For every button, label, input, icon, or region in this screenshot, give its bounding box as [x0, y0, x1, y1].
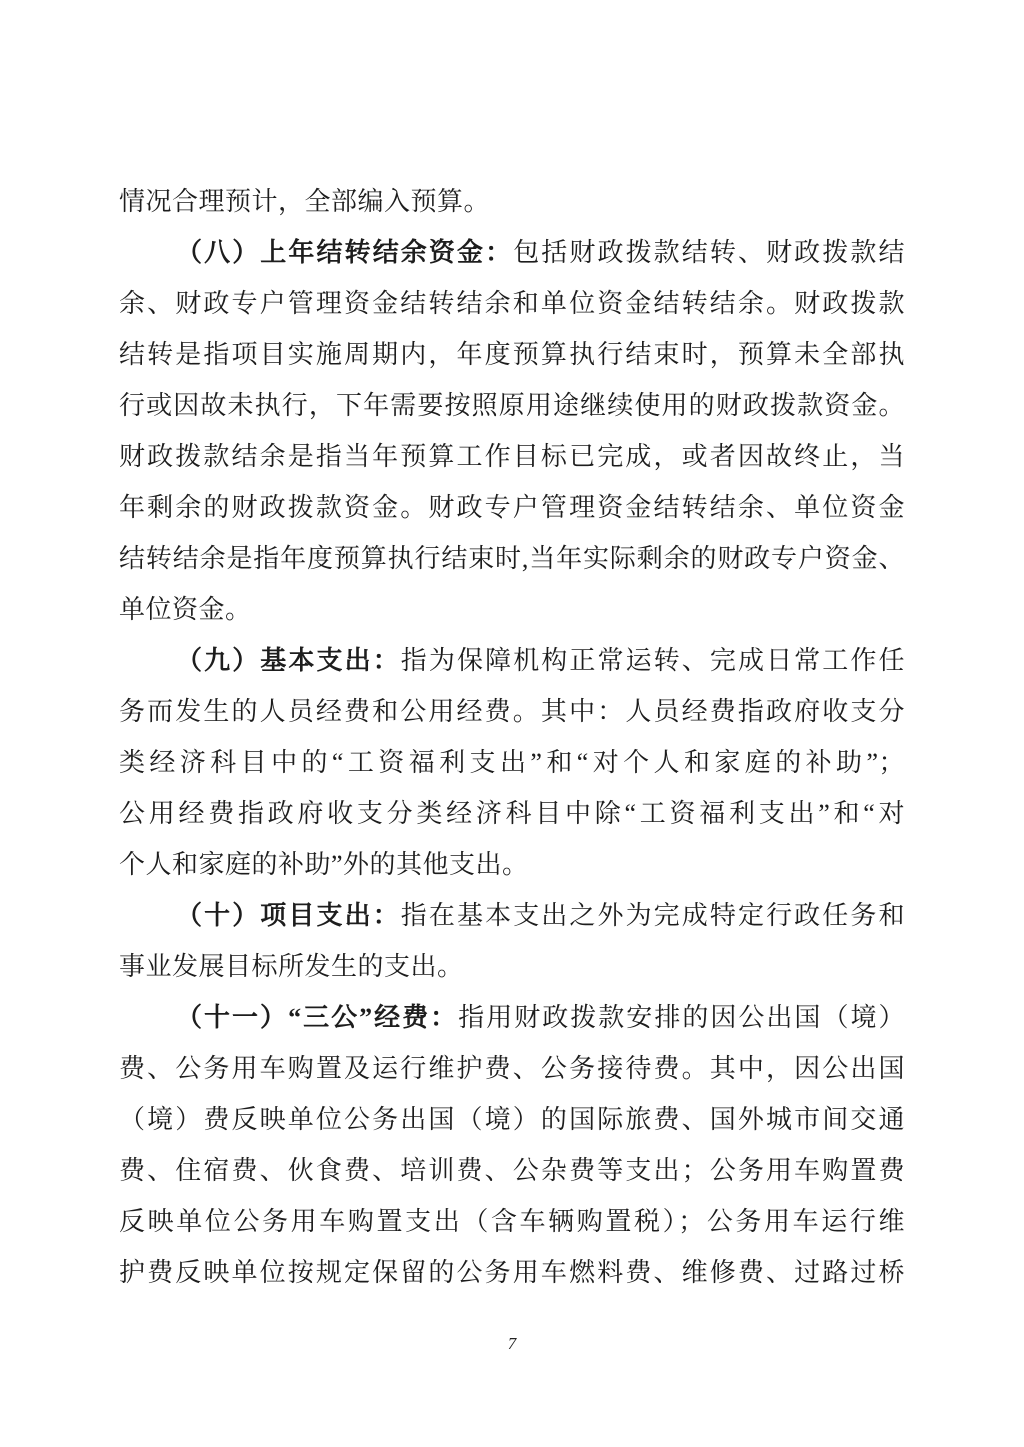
- text-line: 事业发展目标所发生的支出。: [119, 941, 905, 992]
- page-number: 7: [0, 1334, 1024, 1354]
- line-text: 指在基本支出之外为完成特定行政任务和: [401, 901, 905, 930]
- text-line: 费、公务用车购置及运行维护费、公务接待费。其中，因公出国: [119, 1043, 905, 1094]
- line-text: 行或因故未执行，下年需要按照原用途继续使用的财政拨款资金。: [119, 391, 905, 420]
- line-text: 指用财政拨款安排的因公出国（境）: [458, 1003, 905, 1032]
- paragraph-head: （十）项目支出：: [176, 901, 401, 930]
- text-line: 单位资金。: [119, 584, 905, 635]
- text-line: 结转结余是指年度预算执行结束时,当年实际剩余的财政专户资金、: [119, 533, 905, 584]
- paragraph-head: （九）基本支出：: [176, 646, 401, 675]
- line-text: 财政拨款结余是指当年预算工作目标已完成，或者因故终止，当: [119, 442, 905, 471]
- text-line: 反映单位公务用车购置支出（含车辆购置税）；公务用车运行维: [119, 1196, 905, 1247]
- text-line: 类经济科目中的“工资福利支出”和“对个人和家庭的补助”；: [119, 737, 905, 788]
- text-line: 务而发生的人员经费和公用经费。其中：人员经费指政府收支分: [119, 686, 905, 737]
- paragraph-head: （八）上年结转结余资金：: [176, 238, 513, 267]
- text-line: 费、住宿费、伙食费、培训费、公杂费等支出；公务用车购置费: [119, 1145, 905, 1196]
- line-text: 指为保障机构正常运转、完成日常工作任: [401, 646, 905, 675]
- line-text: （境）费反映单位公务出国（境）的国际旅费、国外城市间交通: [119, 1105, 905, 1134]
- document-page: 情况合理预计，全部编入预算。（八）上年结转结余资金：包括财政拨款结转、财政拨款结…: [0, 0, 1024, 1447]
- line-text: 单位资金。: [119, 595, 252, 624]
- text-line: 结转是指项目实施周期内，年度预算执行结束时，预算未全部执: [119, 329, 905, 380]
- paragraph-head: （十一）“三公”经费：: [176, 1003, 458, 1032]
- line-text: 反映单位公务用车购置支出（含车辆购置税）；公务用车运行维: [119, 1207, 905, 1236]
- text-line: 护费反映单位按规定保留的公务用车燃料费、维修费、过路过桥: [119, 1247, 905, 1298]
- document-body: 情况合理预计，全部编入预算。（八）上年结转结余资金：包括财政拨款结转、财政拨款结…: [119, 176, 905, 1298]
- line-text: 公用经费指政府收支分类经济科目中除“工资福利支出”和“对: [119, 799, 905, 828]
- line-text: 个人和家庭的补助”外的其他支出。: [119, 850, 529, 879]
- text-line: 行或因故未执行，下年需要按照原用途继续使用的财政拨款资金。: [119, 380, 905, 431]
- text-line: （境）费反映单位公务出国（境）的国际旅费、国外城市间交通: [119, 1094, 905, 1145]
- text-line: （十）项目支出：指在基本支出之外为完成特定行政任务和: [119, 890, 905, 941]
- text-line: 公用经费指政府收支分类经济科目中除“工资福利支出”和“对: [119, 788, 905, 839]
- text-line: （十一）“三公”经费：指用财政拨款安排的因公出国（境）: [119, 992, 905, 1043]
- text-line: 财政拨款结余是指当年预算工作目标已完成，或者因故终止，当: [119, 431, 905, 482]
- line-text: 结转是指项目实施周期内，年度预算执行结束时，预算未全部执: [119, 340, 905, 369]
- line-text: 年剩余的财政拨款资金。财政专户管理资金结转结余、单位资金: [119, 493, 905, 522]
- line-text: 情况合理预计，全部编入预算。: [119, 187, 490, 216]
- text-line: 情况合理预计，全部编入预算。: [119, 176, 905, 227]
- text-line: 年剩余的财政拨款资金。财政专户管理资金结转结余、单位资金: [119, 482, 905, 533]
- text-line: 个人和家庭的补助”外的其他支出。: [119, 839, 905, 890]
- text-line: 余、财政专户管理资金结转结余和单位资金结转结余。财政拨款: [119, 278, 905, 329]
- line-text: 包括财政拨款结转、财政拨款结: [513, 238, 905, 267]
- line-text: 事业发展目标所发生的支出。: [119, 952, 464, 981]
- line-text: 余、财政专户管理资金结转结余和单位资金结转结余。财政拨款: [119, 289, 905, 318]
- text-line: （九）基本支出：指为保障机构正常运转、完成日常工作任: [119, 635, 905, 686]
- line-text: 务而发生的人员经费和公用经费。其中：人员经费指政府收支分: [119, 697, 905, 726]
- line-text: 结转结余是指年度预算执行结束时,当年实际剩余的财政专户资金、: [119, 544, 905, 573]
- line-text: 费、住宿费、伙食费、培训费、公杂费等支出；公务用车购置费: [119, 1156, 905, 1185]
- line-text: 费、公务用车购置及运行维护费、公务接待费。其中，因公出国: [119, 1054, 905, 1083]
- line-text: 护费反映单位按规定保留的公务用车燃料费、维修费、过路过桥: [119, 1258, 905, 1287]
- text-line: （八）上年结转结余资金：包括财政拨款结转、财政拨款结: [119, 227, 905, 278]
- line-text: 类经济科目中的“工资福利支出”和“对个人和家庭的补助”；: [119, 748, 905, 777]
